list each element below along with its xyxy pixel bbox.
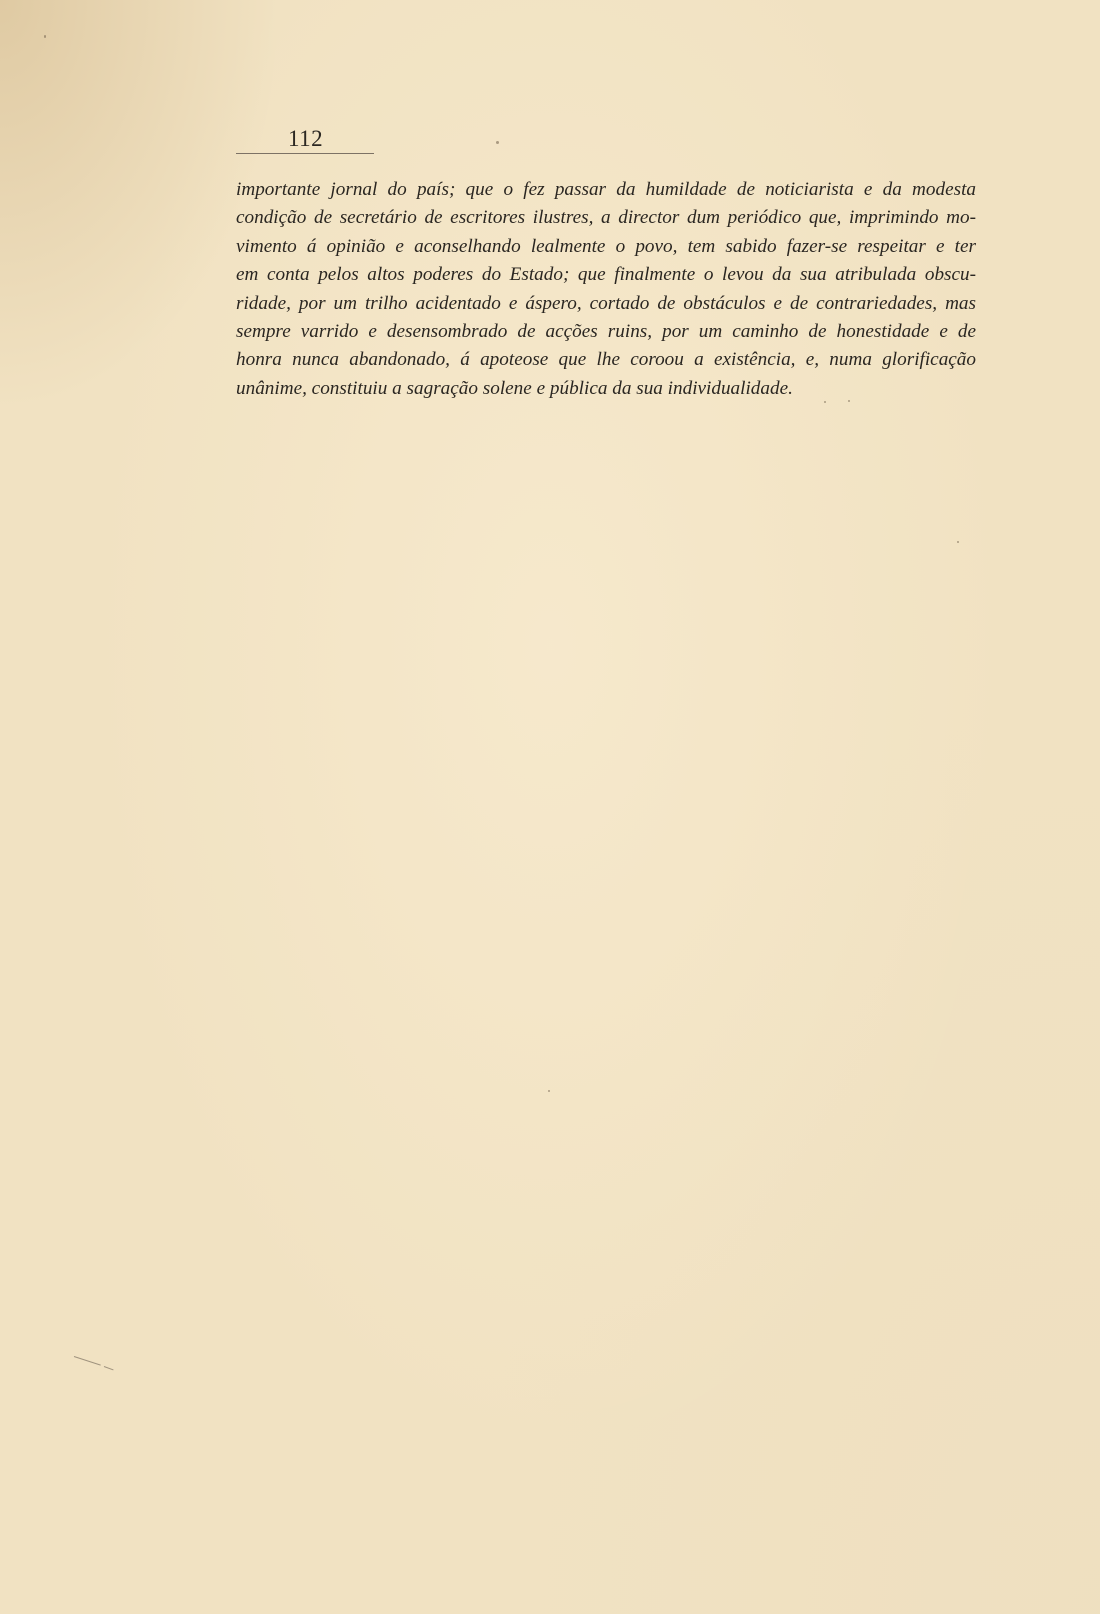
paper-speck [44, 35, 46, 38]
text-line: em conta pelos altos poderes do Estado; … [236, 261, 976, 289]
header-rule [236, 153, 374, 154]
paper-speck [548, 1090, 550, 1092]
text-line: sempre varrido e desensombrado de acções… [236, 318, 976, 346]
body-paragraph: importante jornal do país; que o fez pas… [236, 176, 976, 403]
paper-scratch [74, 1356, 101, 1366]
paper-speck [848, 400, 850, 402]
text-line: importante jornal do país; que o fez pas… [236, 176, 976, 204]
paper-speck [496, 141, 499, 144]
paper-scratch [104, 1366, 114, 1370]
paper-speck [957, 541, 959, 543]
scanned-book-page: 112 importante jornal do país; que o fez… [0, 0, 1100, 1614]
text-line: condição de secretário de escritores ilu… [236, 204, 976, 232]
text-line: ridade, por um trilho acidentado e ásper… [236, 290, 976, 318]
text-line-last: unânime, constituiu a sagração solene e … [236, 375, 976, 403]
page-number: 112 [288, 126, 323, 152]
text-line: vimento á opinião e aconselhando lealmen… [236, 233, 976, 261]
paper-speck [824, 401, 826, 403]
text-line: honra nunca abandonado, á apoteose que l… [236, 346, 976, 374]
